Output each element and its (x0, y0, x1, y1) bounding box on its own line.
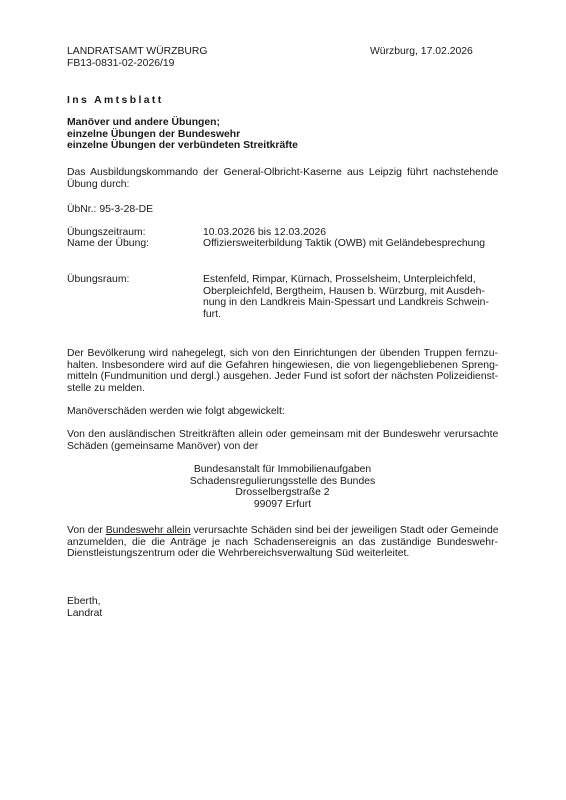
authority-name: LANDRATSAMT WÜRZBURG (67, 46, 207, 58)
signature-name: Eberth, (67, 596, 101, 608)
damages-intro: Manöverschäden werden wie folgt abgewick… (67, 406, 285, 418)
document-page: LANDRATSAMT WÜRZBURG FB13-0831-02-2026/1… (0, 0, 566, 800)
area-line: Oberpleichfeld, Bergtheim, Hausen b. Wür… (203, 286, 489, 298)
area-line: nung in den Landkreis Main-Spessart und … (203, 297, 489, 309)
text-span: Von der (67, 525, 106, 536)
subject-line: einzelne Übungen der Bundeswehr (67, 129, 298, 141)
paragraph-line: mitteln (Fundmunition und dergl.) ausgeh… (67, 371, 498, 383)
paragraph-line: stelle zu melden. (67, 383, 498, 395)
subject-heading: Manöver und andere Übungen; einzelne Übu… (67, 117, 298, 152)
intro-paragraph: Das Ausbildungskommando der General-Olbr… (67, 167, 498, 190)
area-line: Estenfeld, Rimpar, Kürnach, Prosselsheim… (203, 274, 489, 286)
paragraph-line: Schäden (gemeinsame Manöver) von der (67, 441, 498, 453)
address-line: 99097 Erfurt (67, 499, 498, 511)
paragraph-line: Der Bevölkerung wird nahegelegt, sich vo… (67, 348, 498, 360)
paragraph-line: Das Ausbildungskommando der General-Olbr… (67, 167, 498, 179)
address-line: Bundesanstalt für Immobilienaufgaben (67, 464, 498, 476)
warning-paragraph: Der Bevölkerung wird nahegelegt, sich vo… (67, 348, 498, 394)
period-label: Übungszeitraum: (67, 227, 146, 239)
area-value: Estenfeld, Rimpar, Kürnach, Prosselsheim… (203, 274, 489, 320)
paragraph-line: anzumelden, die die Anträge je nach Scha… (67, 537, 498, 549)
paragraph-line: Dienstleistungszentrum oder die Wehrbere… (67, 548, 498, 560)
paragraph-line: Von den ausländischen Streitkräften alle… (67, 429, 498, 441)
foreign-damages-paragraph: Von den ausländischen Streitkräften alle… (67, 429, 498, 452)
publication-note: Ins Amtsblatt (67, 95, 164, 107)
signature-title: Landrat (67, 608, 102, 620)
paragraph-line: halten. Insbesondere wird auf die Gefahr… (67, 360, 498, 372)
subject-line: Manöver und andere Übungen; (67, 117, 298, 129)
subject-line: einzelne Übungen der verbündeten Streitk… (67, 140, 298, 152)
exercise-name-value: Offiziersweiterbildung Taktik (OWB) mit … (203, 238, 485, 250)
paragraph-line: Von der Bundeswehr allein verursachte Sc… (67, 525, 498, 537)
address-line: Drosselbergstraße 2 (67, 487, 498, 499)
reference-number: FB13-0831-02-2026/19 (67, 58, 174, 70)
address-block: Bundesanstalt für Immobilienaufgaben Sch… (67, 464, 498, 510)
text-span: verursachte Schäden sind bei der jeweili… (191, 525, 499, 536)
area-line: furt. (203, 309, 489, 321)
bundeswehr-damages-paragraph: Von der Bundeswehr allein verursachte Sc… (67, 525, 498, 560)
exercise-name-label: Name der Übung: (67, 238, 149, 250)
area-label: Übungsraum: (67, 274, 129, 286)
exercise-number: ÜbNr.: 95-3-28-DE (67, 204, 153, 216)
underlined-emphasis: Bundeswehr allein (106, 525, 191, 536)
period-value: 10.03.2026 bis 12.03.2026 (203, 227, 326, 239)
address-line: Schadensregulierungsstelle des Bundes (67, 476, 498, 488)
paragraph-line: Übung durch: (67, 179, 498, 191)
place-date: Würzburg, 17.02.2026 (370, 46, 473, 58)
